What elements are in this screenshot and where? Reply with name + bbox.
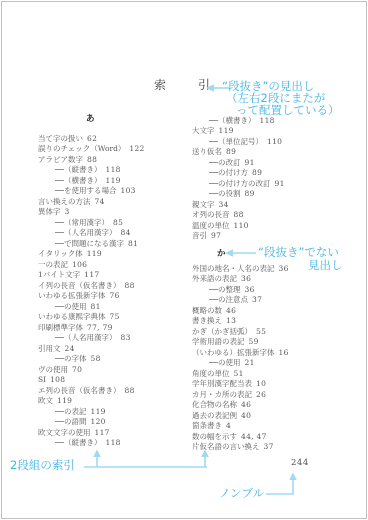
index-entry-label: いわゆる康熙字典体	[38, 311, 106, 322]
index-entry-page: 119	[57, 396, 72, 405]
up-arrow-connector-icon	[266, 473, 297, 495]
index-entry: ──で問題になる漢字81	[38, 238, 196, 249]
index-entry-page: 44, 47	[241, 432, 267, 441]
index-entry-label: 概略の数	[192, 305, 222, 316]
index-entry-page: 40	[241, 411, 251, 420]
page-title-char-right: 引	[198, 76, 210, 93]
index-entry-label: ──の付け方	[209, 167, 248, 178]
index-entry: ──の改訂91	[192, 157, 364, 168]
index-entry-page: 16	[279, 348, 289, 357]
section-header-a: あ	[38, 112, 196, 124]
index-entry-label: カ月・カ所の表記	[192, 389, 252, 400]
annotation-non-cross-column-heading: “段抜き”でない 見出し	[258, 246, 343, 271]
index-entry-label: ──の字体	[55, 353, 87, 364]
index-entry: 大文字119	[192, 126, 364, 137]
index-entry: 概略の数46	[192, 305, 364, 316]
index-entry: ヴの使用70	[38, 364, 196, 375]
page-title-char-left: 索	[154, 76, 166, 93]
index-entry-label: ──（縦書き）	[55, 164, 102, 175]
index-entry: ──の使用81	[38, 301, 196, 312]
index-entry: ──の役割89	[192, 189, 364, 200]
index-entry-page: 97	[211, 231, 221, 240]
index-entry-page: 119	[91, 407, 106, 416]
index-entry-page: 74	[95, 197, 105, 206]
index-entry-page: 91	[245, 158, 255, 167]
index-entry-page: 108	[50, 375, 65, 384]
index-entry-page: 55	[256, 327, 266, 336]
index-entry-label: ──を使用する場合	[55, 185, 117, 196]
index-entry-label: 片仮名語の言い換え	[192, 441, 260, 452]
index-entry: ──の付け方の改訂91	[192, 178, 364, 189]
index-entry-page: 118	[260, 116, 275, 125]
index-entry: 引用文24	[38, 343, 196, 354]
index-entry: イタリック体119	[38, 249, 196, 260]
index-entry: ──の付け方89	[192, 168, 364, 179]
index-entry-label: イ列の長音（仮名書き）	[38, 280, 121, 291]
index-entry: 親文字34	[192, 199, 364, 210]
index-entry-label: 言い換えの方法	[38, 196, 91, 207]
index-entry-label: 温度の単位	[192, 220, 230, 231]
index-entry-page: 89	[245, 189, 255, 198]
index-entry: 過去の表記例40	[192, 410, 364, 421]
annotation-nombre: ノンブル	[219, 487, 264, 499]
index-entry: ──（人名用漢字）83	[38, 333, 196, 344]
index-entry-page: 88	[87, 155, 97, 164]
index-entry: 書き換え13	[192, 316, 364, 327]
index-entry: イ列の長音（仮名書き）88	[38, 280, 196, 291]
annotation-line: “段抜き”でない	[258, 246, 343, 259]
index-entry: ──の注意点37	[192, 295, 364, 306]
index-entry-label: ──の注意点	[209, 294, 248, 305]
index-entry-page: 81	[128, 239, 138, 248]
index-entry-page: 88	[125, 386, 135, 395]
page-number: 244	[291, 458, 309, 468]
index-entry-label: ──の語間	[55, 416, 87, 427]
index-entry-page: 13	[226, 316, 236, 325]
index-entry-page: 3	[65, 207, 70, 216]
index-entry-label: 一の表記	[38, 259, 68, 270]
index-entry-page: 84	[121, 228, 131, 237]
up-arrows-connector-icon	[84, 450, 209, 468]
index-entry: 温度の単位110	[192, 220, 364, 231]
index-entry: ──の表記119	[38, 406, 196, 417]
index-entry-page: 10	[256, 379, 266, 388]
index-entry-page: 21	[245, 358, 255, 367]
index-entry-page: 119	[106, 176, 121, 185]
annotation-two-column-index: 2段組の索引	[10, 459, 75, 471]
index-entry: 箇条書き4	[192, 421, 364, 432]
index-entry: ──（単位記号）110	[192, 136, 364, 147]
index-entry: 学術用語の表記59	[192, 337, 364, 348]
index-entry-label: ──（人名用漢字）	[55, 227, 117, 238]
annotation-line: 見出し	[308, 259, 343, 272]
index-entry: 送り仮名89	[192, 147, 364, 158]
index-entry-label: ──（横書き）	[55, 175, 102, 186]
index-entry: ──の語間120	[38, 417, 196, 428]
index-entry-page: 119	[219, 126, 234, 135]
index-entry-page: 117	[84, 270, 99, 279]
index-entry: カ月・カ所の表記26	[192, 389, 364, 400]
index-entry-label: ──の表記	[55, 406, 87, 417]
index-entry-label: 化合物の名称	[192, 399, 237, 410]
index-entry-label: 過去の表記例	[192, 410, 237, 421]
index-entry-label: 引用文	[38, 343, 61, 354]
index-entry: （いわゆる）拡張新字体16	[192, 347, 364, 358]
index-entry-page: 122	[129, 144, 144, 153]
index-entry: 角度の単位51	[192, 368, 364, 379]
index-entry-label: 箇条書き	[192, 420, 222, 431]
index-entry: 外来語の表記36	[192, 274, 364, 285]
index-left-entries: 当て字の扱い62誤りのチェック（Word）122アラビア数字88──（縦書き）1…	[38, 133, 196, 448]
index-entry-page: 36	[241, 274, 251, 283]
index-entry: 誤りのチェック（Word）122	[38, 144, 196, 155]
index-entry: ──の使用21	[192, 358, 364, 369]
index-entry-page: 106	[72, 260, 87, 269]
index-entry-page: 75	[110, 312, 120, 321]
index-entry-page: 26	[256, 390, 266, 399]
index-entry-page: 110	[267, 137, 282, 146]
index-entry-label: ──の付け方の改訂	[209, 178, 271, 189]
index-entry-label: かぎ（かぎ括弧）	[192, 326, 252, 337]
index-entry-label: エ列の長音（仮名書き）	[38, 385, 121, 396]
index-entry: いわゆる康熙字典体75	[38, 312, 196, 323]
index-entry-page: 89	[252, 168, 262, 177]
index-entry: オ列の長音88	[192, 210, 364, 221]
index-entry-page: 103	[121, 186, 136, 195]
index-entry: 化合物の名称46	[192, 400, 364, 411]
annotation-cross-column-heading: “段抜き”の見出し （左右2段にまたが って配置している）	[222, 80, 340, 116]
index-entry-label: イタリック体	[38, 248, 83, 259]
index-entry: かぎ（かぎ括弧）55	[192, 326, 364, 337]
index-entry-page: 91	[275, 179, 285, 188]
index-entry-label: 誤りのチェック（Word）	[38, 143, 125, 154]
index-entry-page: 46	[226, 306, 236, 315]
index-entry-label: 異体字	[38, 206, 61, 217]
index-entry: 欧文119	[38, 396, 196, 407]
index-entry-page: 117	[95, 428, 110, 437]
index-entry-label: 学年別漢字配当表	[192, 378, 252, 389]
index-entry-page: 119	[87, 249, 102, 258]
index-entry-page: 34	[219, 200, 229, 209]
index-entry-label: アラビア数字	[38, 154, 83, 165]
index-entry: 言い換えの方法74	[38, 196, 196, 207]
index-entry-label: （いわゆる）拡張新字体	[192, 347, 275, 358]
index-entry-label: ──（縦書き）	[55, 437, 102, 448]
index-entry-page: 37	[252, 295, 262, 304]
index-entry: 印刷標準字体77, 79	[38, 322, 196, 333]
index-entry: 学年別漢字配当表10	[192, 379, 364, 390]
index-entry-label: いわゆる拡張新字体	[38, 290, 106, 301]
index-entry-page: 110	[234, 221, 249, 230]
index-entry-label: ──の使用	[209, 357, 241, 368]
index-entry-label: 大文字	[192, 125, 215, 136]
index-entry-label: ──（単位記号）	[209, 136, 263, 147]
index-entry: ──（縦書き）118	[38, 438, 196, 449]
index-entry: 音引97	[192, 231, 364, 242]
index-entry-page: 88	[234, 210, 244, 219]
index-entry-label: 欧文	[38, 395, 53, 406]
index-entry: アラビア数字88	[38, 154, 196, 165]
index-entry-label: 角度の単位	[192, 368, 230, 379]
index-entry-label: オ列の長音	[192, 209, 230, 220]
index-entry: ──（縦書き）118	[38, 165, 196, 176]
index-entry-label: 数の幅を示す	[192, 431, 237, 442]
index-entry-label: SI	[38, 375, 46, 384]
index-entry-label: ──の整理	[209, 284, 241, 295]
index-column-right: ──（横書き）118大文字119──（単位記号）110送り仮名89──の改訂91…	[192, 115, 364, 452]
index-entry-label: 書き換え	[192, 315, 222, 326]
index-right-entries-top: ──（横書き）118大文字119──（単位記号）110送り仮名89──の改訂91…	[192, 115, 364, 241]
index-entry-page: 76	[110, 291, 120, 300]
index-entry-label: 当て字の扱い	[38, 133, 83, 144]
index-entry: ──（常用漢字）85	[38, 217, 196, 228]
index-entry: 一の表記106	[38, 259, 196, 270]
index-entry-label: 音引	[192, 230, 207, 241]
index-entry-label: ──の改訂	[209, 157, 241, 168]
index-entry-page: 70	[72, 365, 82, 374]
index-entry: ──を使用する場合103	[38, 186, 196, 197]
index-entry: いわゆる拡張新字体76	[38, 291, 196, 302]
index-entry: 欧文文字の使用117	[38, 427, 196, 438]
index-entry-label: 外来語の表記	[192, 273, 237, 284]
index-entry: 異体字3	[38, 207, 196, 218]
index-entry-label: 親文字	[192, 199, 215, 210]
index-entry: エ列の長音（仮名書き）88	[38, 385, 196, 396]
index-entry: ──の字体58	[38, 354, 196, 365]
index-entry-page: 62	[87, 134, 97, 143]
index-entry: ──の整理36	[192, 284, 364, 295]
index-entry-label: ──（人名用漢字）	[55, 332, 117, 343]
index-entry-page: 58	[91, 354, 101, 363]
index-entry-label: 送り仮名	[192, 146, 222, 157]
index-entry-page: 81	[91, 302, 101, 311]
index-entry-label: ──の役割	[209, 188, 241, 199]
index-entry-label: ──（常用漢字）	[55, 217, 109, 228]
index-entry-page: 59	[249, 337, 259, 346]
index-entry: 1バイト文字117	[38, 270, 196, 281]
index-entry-label: ──の使用	[55, 301, 87, 312]
index-entry-page: 89	[226, 147, 236, 156]
index-column-left: あ 当て字の扱い62誤りのチェック（Word）122アラビア数字88──（縦書き…	[38, 112, 196, 448]
index-entry-page: 4	[226, 421, 231, 430]
index-entry-page: 118	[106, 165, 121, 174]
index-entry-page: 85	[113, 218, 123, 227]
index-entry-page: 36	[245, 285, 255, 294]
index-entry: 数の幅を示す44, 47	[192, 431, 364, 442]
page-title: 索 引	[154, 76, 210, 93]
annotation-line: って配置している）	[236, 104, 340, 116]
index-right-entries-bottom: 外国の地名・人名の表記36外来語の表記36──の整理36──の注意点37概略の数…	[192, 263, 364, 452]
index-entry: 当て字の扱い62	[38, 133, 196, 144]
index-entry-label: 印刷標準字体	[38, 322, 83, 333]
index-entry: SI108	[38, 375, 196, 386]
index-entry-page: 46	[241, 400, 251, 409]
index-entry-label: 学術用語の表記	[192, 336, 245, 347]
index-entry: ──（人名用漢字）84	[38, 228, 196, 239]
index-entry-label: ──で問題になる漢字	[55, 238, 124, 249]
index-entry-page: 24	[65, 344, 75, 353]
index-entry-page: 88	[125, 281, 135, 290]
index-entry: ──（横書き）119	[38, 175, 196, 186]
index-entry-page: 51	[234, 369, 244, 378]
index-entry-label: 1バイト文字	[38, 269, 80, 280]
index-entry-label: 欧文文字の使用	[38, 427, 91, 438]
index-entry-page: 83	[121, 333, 131, 342]
index-entry-page: 120	[91, 417, 106, 426]
index-entry-page: 118	[106, 438, 121, 447]
index-entry-page: 37	[264, 442, 274, 451]
index-entry-page: 77, 79	[87, 323, 113, 332]
index-entry: 片仮名語の言い換え37	[192, 442, 364, 453]
index-entry-label: ヴの使用	[38, 364, 68, 375]
